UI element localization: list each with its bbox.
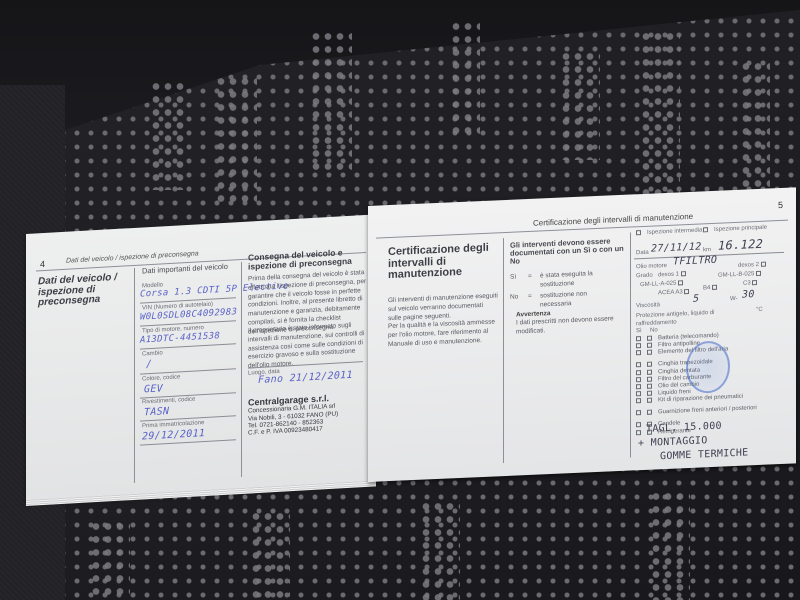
oil-label: Olio motore — [636, 263, 667, 272]
checklist-label: Guarnizione freni anteriori / posteriori — [658, 405, 757, 415]
page-stack-edge — [26, 480, 376, 506]
checkbox-si[interactable] — [636, 398, 641, 403]
legend-equals: = — [528, 293, 532, 302]
grade-gm-ll-a: GM-LL-A-025 — [640, 281, 676, 289]
fabric-dot-pattern — [650, 490, 690, 600]
checkbox-c3[interactable] — [752, 280, 757, 285]
intro-paragraph-2: Per la qualità e la viscosità ammesse pe… — [388, 318, 498, 349]
antifreeze-label: Protezione antigelo, liquido di raffredd… — [636, 309, 726, 328]
date-value: 27/11/12 — [651, 241, 702, 254]
checkbox-dexos1[interactable] — [681, 271, 686, 276]
checkbox-si[interactable] — [636, 336, 641, 341]
grade-dexos2: dexos 2 — [738, 262, 759, 269]
checkbox-gm-ll-a[interactable] — [678, 280, 683, 285]
checkbox-si[interactable] — [636, 422, 641, 427]
field-value-upholstery: TASN — [144, 406, 169, 418]
antifreeze-unit: °C — [756, 307, 763, 315]
vehicle-data-heading: Dati importanti del veicolo — [142, 263, 228, 276]
page-number: 4 — [40, 259, 45, 269]
delivery-heading: Consegna del veicolo e ispezione di prec… — [248, 247, 368, 272]
checkbox-si[interactable] — [636, 384, 641, 389]
check-header-no: No — [650, 327, 658, 335]
fabric-dot-pattern — [560, 50, 600, 160]
left-page: 4 Dati del veicolo / ispezione di precon… — [26, 214, 376, 502]
label-intermediate: Ispezione intermedia — [647, 227, 702, 235]
viscosity-w-value: 30 — [742, 289, 755, 301]
grade-label: Grado — [636, 273, 653, 281]
fabric-dot-pattern — [215, 75, 257, 205]
checkbox-no[interactable] — [647, 343, 652, 348]
checkbox-gm-ll-b[interactable] — [756, 271, 761, 276]
checkbox-no[interactable] — [647, 391, 652, 396]
checklist-row: Guarnizione freni anteriori / posteriori — [636, 405, 757, 416]
legend-no-text: sostituzione non necessaria — [540, 289, 620, 310]
checkbox-si[interactable] — [636, 362, 641, 367]
checkbox-b4[interactable] — [712, 285, 717, 290]
section-title: Certificazione degli intervalli di manut… — [388, 242, 498, 281]
checkbox-si[interactable] — [636, 343, 641, 348]
handwritten-note-1: TAGL. 15.000 — [646, 421, 722, 435]
column-divider — [503, 238, 504, 463]
field-label-gearbox: Cambio — [142, 350, 163, 359]
checkbox-no[interactable] — [647, 384, 652, 389]
checkbox-si[interactable] — [636, 391, 641, 396]
field-underline — [140, 368, 236, 374]
checkbox-dexos2[interactable] — [761, 262, 766, 267]
oil-value: TFILTRO — [673, 255, 717, 268]
km-label: km — [703, 247, 711, 255]
column-divider — [134, 268, 135, 483]
checkbox-no[interactable] — [647, 350, 652, 355]
fabric-dot-pattern — [420, 500, 460, 600]
field-value-color: GEV — [144, 383, 163, 395]
fabric-dot-pattern — [90, 520, 130, 600]
fabric-dot-pattern — [150, 80, 186, 190]
checkbox-si[interactable] — [636, 377, 641, 382]
grade-dexos1: dexos 1 — [658, 271, 679, 278]
checkbox-acea-a3[interactable] — [684, 289, 689, 294]
dealer-stamp: Centralgarage s.r.l. Concessionaria G.M.… — [248, 391, 373, 437]
checkbox-no[interactable] — [647, 376, 652, 381]
legend-no-label: No — [510, 293, 518, 302]
grade-b4: B4 — [703, 285, 710, 291]
vehicle-fields: Modello Corsa 1.3 CDTI 5P Elective VIN (… — [26, 214, 376, 234]
checkbox-principal[interactable] — [703, 227, 708, 232]
grade-gm-ll-b: GM-LL-B-025 — [718, 271, 754, 279]
viscosity-w-label: W- — [730, 296, 738, 304]
grade-c3: C3 — [743, 280, 751, 286]
section-title: Dati del veicolo / ispezione di preconse… — [38, 272, 128, 309]
legend-si-label: Sì — [510, 274, 516, 283]
column-divider — [630, 233, 631, 458]
legend-si-text: è stata eseguita la sostituzione — [540, 269, 620, 290]
date-label: Data — [636, 250, 649, 258]
checkbox-intermediate[interactable] — [636, 230, 641, 235]
handwritten-note-3: GOMME TERMICHE — [660, 447, 749, 462]
dealer-seal-stamp — [686, 340, 730, 394]
check-header-si: Sì — [636, 328, 642, 336]
checkbox-no[interactable] — [647, 336, 652, 341]
checkbox-si[interactable] — [636, 430, 641, 435]
km-value: 16.122 — [718, 237, 763, 253]
legend-heading: Gli interventi devono essere documentati… — [510, 237, 625, 266]
checkbox-no[interactable] — [647, 362, 652, 367]
checkbox-no[interactable] — [647, 410, 652, 415]
fabric-dot-pattern — [740, 60, 770, 200]
checkbox-no[interactable] — [647, 369, 652, 374]
fabric-dot-pattern — [450, 20, 480, 140]
grade-acea-a3: ACEA A3 — [658, 289, 683, 296]
viscosity-value: 5 — [693, 294, 699, 305]
right-page: Certificazione degli intervalli di manut… — [368, 187, 796, 482]
field-value-registration: 29/12/2011 — [142, 428, 205, 443]
checkbox-si[interactable] — [636, 370, 641, 375]
handwritten-note-2: + MONTAGGIO — [638, 435, 708, 449]
maintenance-booklet: 4 Dati del veicolo / ispezione di precon… — [22, 200, 800, 505]
legend-equals: = — [528, 273, 532, 282]
fabric-dot-pattern — [250, 510, 290, 600]
checkbox-si[interactable] — [636, 410, 641, 415]
checkbox-si[interactable] — [636, 350, 641, 355]
fabric-dot-pattern — [640, 30, 680, 200]
field-value-gearbox: / — [146, 359, 152, 370]
warning-text: I dati prescritti non devono essere modi… — [516, 315, 626, 337]
column-divider — [241, 262, 242, 477]
fabric-dot-pattern — [310, 30, 352, 170]
label-principal: Ispezione principale — [714, 225, 767, 233]
viscosity-label: Viscosità — [636, 302, 660, 311]
page-number: 5 — [778, 200, 783, 210]
checkbox-no[interactable] — [647, 398, 652, 403]
